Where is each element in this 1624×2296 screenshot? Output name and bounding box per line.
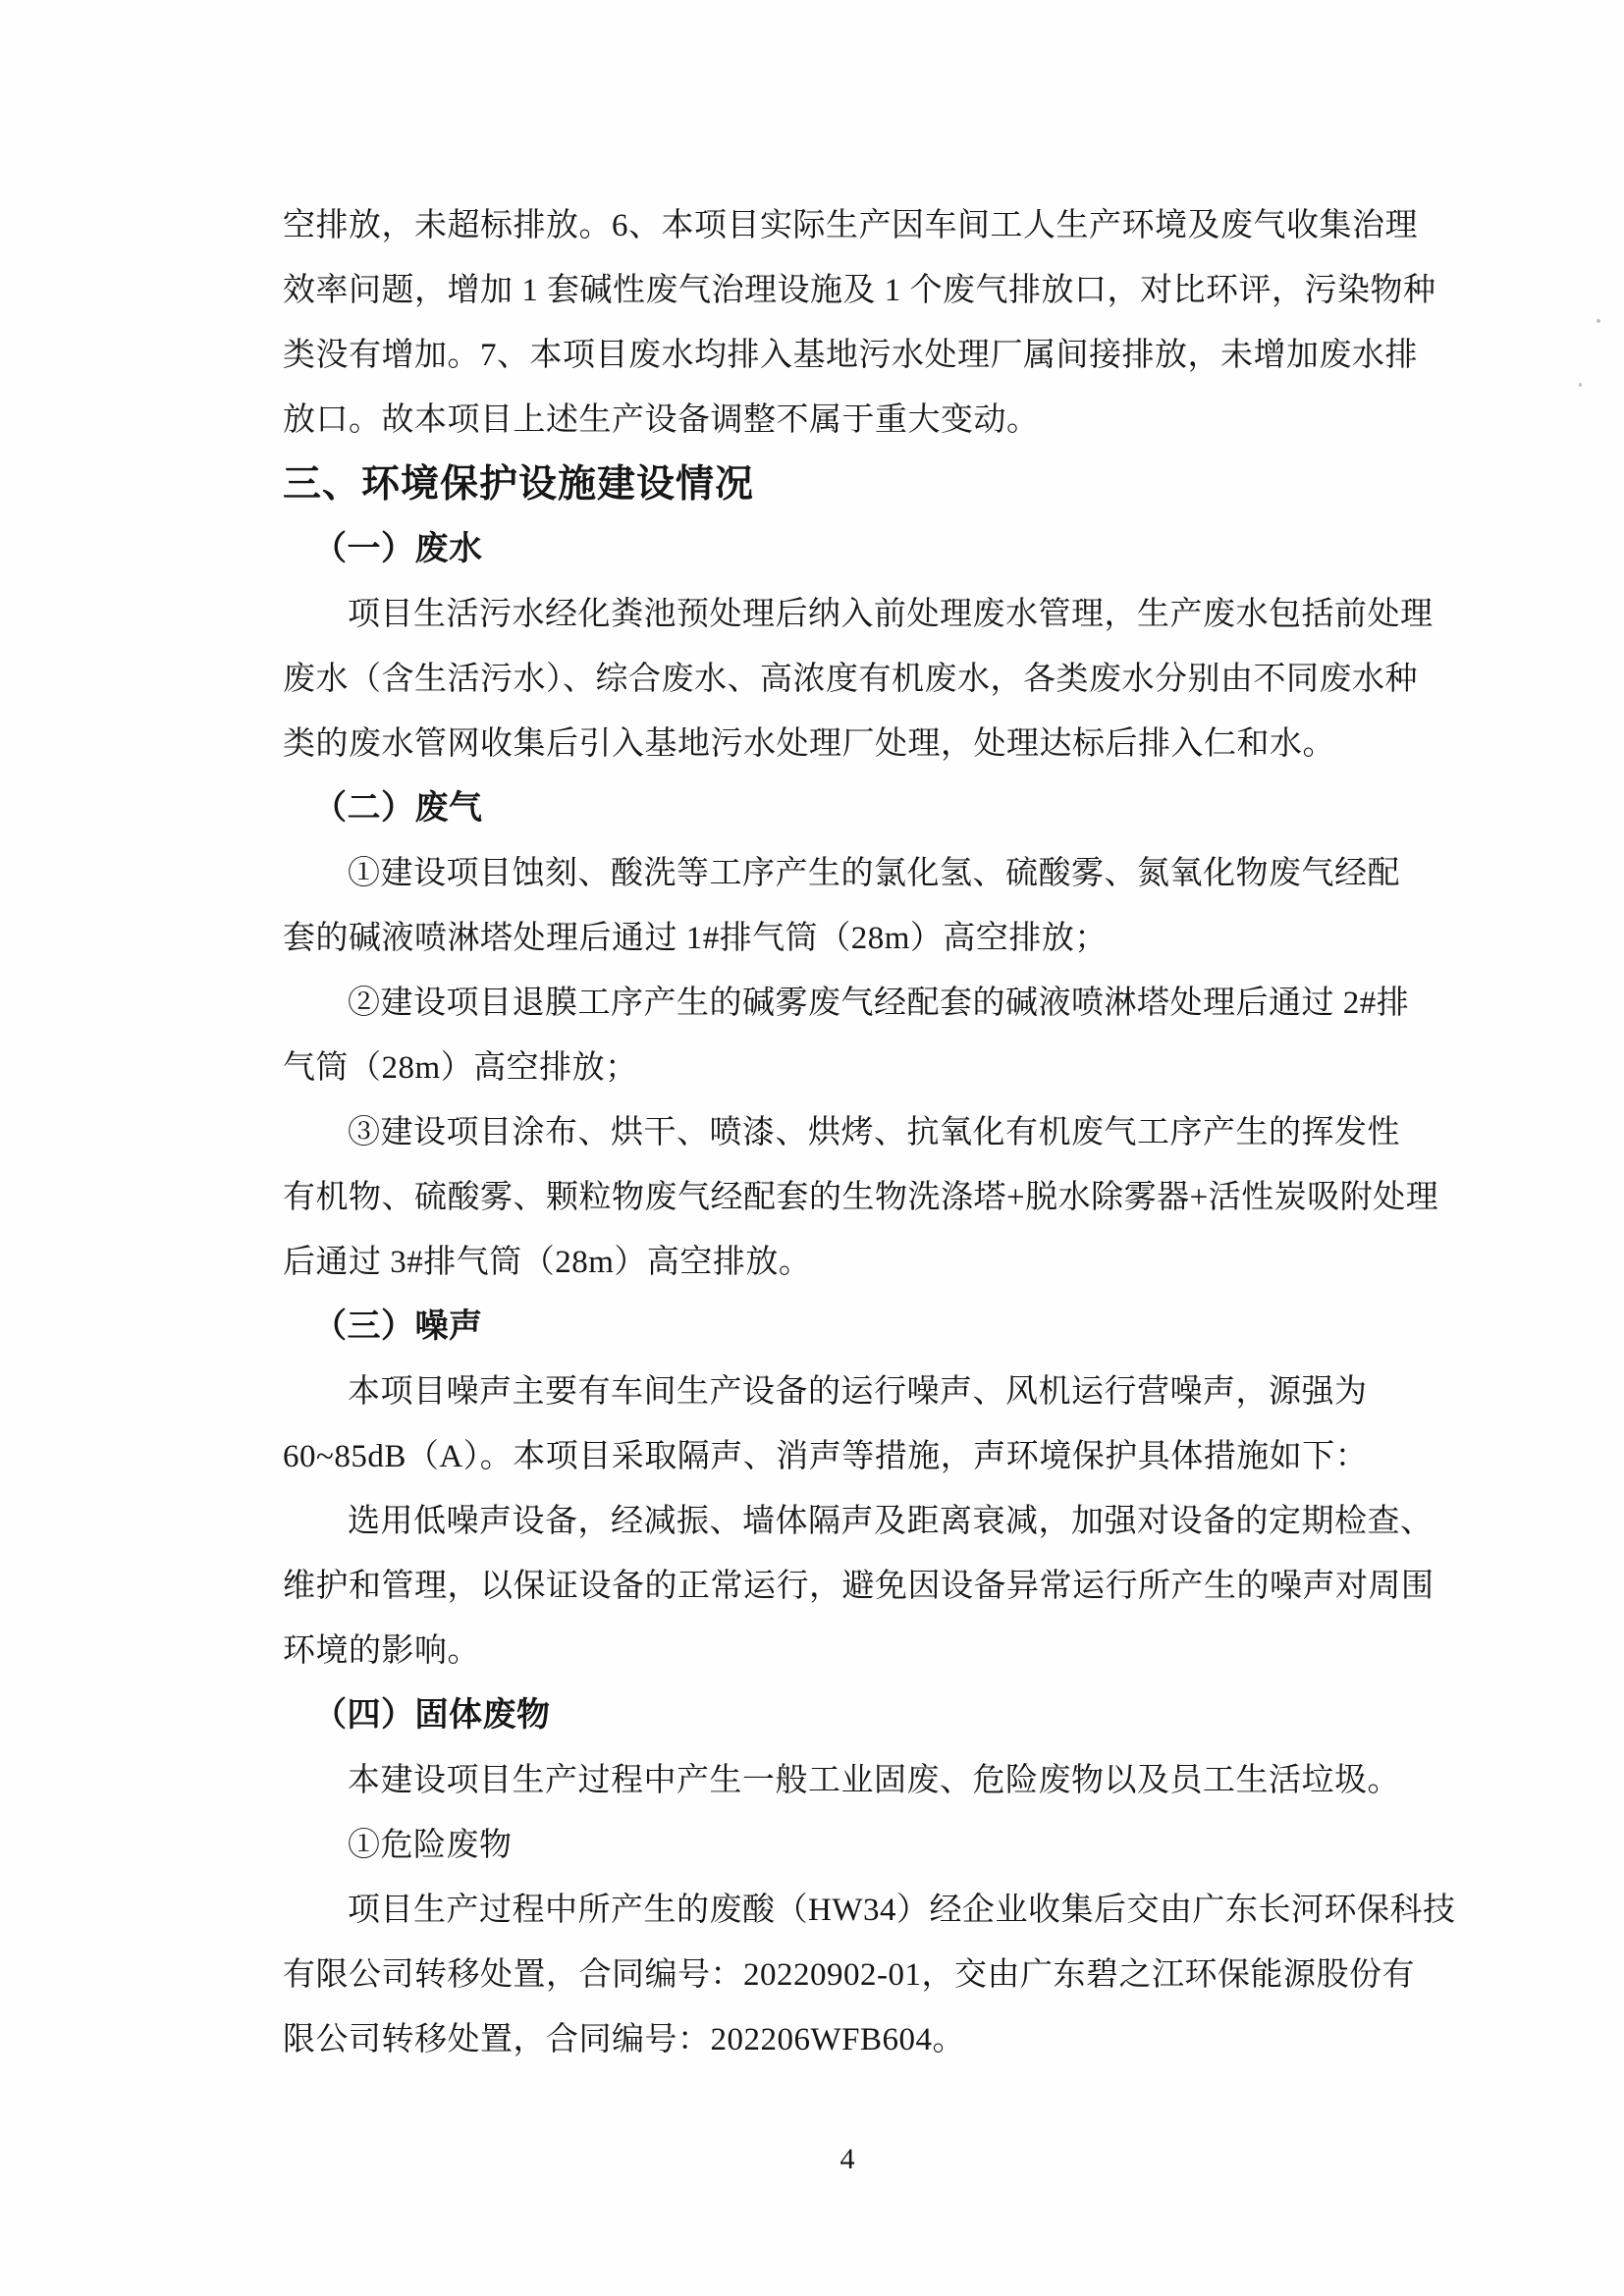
text-line: 限公司转移处置，合同编号：202206WFB604。 bbox=[283, 2007, 1422, 2072]
text-line: 本建设项目生产过程中产生一般工业固废、危险废物以及员工生活垃圾。 bbox=[283, 1748, 1422, 1813]
text-line: 废水（含生活污水）、综合废水、高浓度有机废水，各类废水分别由不同废水种 bbox=[283, 647, 1422, 712]
page-number: 4 bbox=[283, 2143, 1412, 2176]
text-line: 环境的影响。 bbox=[283, 1619, 1422, 1683]
text-line: 气筒（28m）高空排放； bbox=[283, 1036, 1422, 1100]
subsection-heading: （二）废气 bbox=[283, 776, 1422, 841]
text-line: 有机物、硫酸雾、颗粒物废气经配套的生物洗涤塔+脱水除雾器+活性炭吸附处理 bbox=[283, 1165, 1422, 1230]
text-line: 放口。故本项目上述生产设备调整不属于重大变动。 bbox=[283, 388, 1422, 453]
text-line: ①建设项目蚀刻、酸洗等工序产生的氯化氢、硫酸雾、氮氧化物废气经配 bbox=[283, 841, 1422, 906]
scan-speck bbox=[1579, 383, 1582, 387]
subsection-heading: （四）固体废物 bbox=[283, 1683, 1422, 1748]
subsection-heading: （三）噪声 bbox=[283, 1295, 1422, 1360]
text-line: 本项目噪声主要有车间生产设备的运行噪声、风机运行营噪声，源强为 bbox=[283, 1360, 1422, 1424]
text-line: 空排放，未超标排放。6、本项目实际生产因车间工人生产环境及废气收集治理 bbox=[283, 193, 1422, 258]
text-line: 后通过 3#排气筒（28m）高空排放。 bbox=[283, 1230, 1422, 1295]
text-line: 类的废水管网收集后引入基地污水处理厂处理，处理达标后排入仁和水。 bbox=[283, 712, 1422, 776]
scan-speck bbox=[1597, 319, 1600, 323]
text-line: 套的碱液喷淋塔处理后通过 1#排气筒（28m）高空排放； bbox=[283, 906, 1422, 971]
subsection-heading: （一）废水 bbox=[283, 517, 1422, 582]
text-line: 选用低噪声设备，经减振、墙体隔声及距离衰减，加强对设备的定期检查、 bbox=[283, 1489, 1422, 1554]
text-line: 有限公司转移处置，合同编号：20220902-01，交由广东碧之江环保能源股份有 bbox=[283, 1943, 1422, 2007]
text-line: ③建设项目涂布、烘干、喷漆、烘烤、抗氧化有机废气工序产生的挥发性 bbox=[283, 1100, 1422, 1165]
text-line: 项目生活污水经化粪池预处理后纳入前处理废水管理，生产废水包括前处理 bbox=[283, 582, 1422, 647]
text-line: 60~85dB（A）。本项目采取隔声、消声等措施，声环境保护具体措施如下： bbox=[283, 1424, 1422, 1489]
document-body: 空排放，未超标排放。6、本项目实际生产因车间工人生产环境及废气收集治理效率问题，… bbox=[283, 193, 1422, 2072]
document-page: 空排放，未超标排放。6、本项目实际生产因车间工人生产环境及废气收集治理效率问题，… bbox=[0, 0, 1624, 2296]
text-line: 效率问题，增加 1 套碱性废气治理设施及 1 个废气排放口，对比环评，污染物种 bbox=[283, 258, 1422, 323]
section-heading: 三、环境保护设施建设情况 bbox=[283, 453, 1422, 517]
text-line: 类没有增加。7、本项目废水均排入基地污水处理厂属间接排放，未增加废水排 bbox=[283, 323, 1422, 388]
text-line: 项目生产过程中所产生的废酸（HW34）经企业收集后交由广东长河环保科技 bbox=[283, 1878, 1422, 1943]
text-line: ①危险废物 bbox=[283, 1813, 1422, 1878]
text-line: ②建设项目退膜工序产生的碱雾废气经配套的碱液喷淋塔处理后通过 2#排 bbox=[283, 971, 1422, 1036]
text-line: 维护和管理，以保证设备的正常运行，避免因设备异常运行所产生的噪声对周围 bbox=[283, 1554, 1422, 1619]
